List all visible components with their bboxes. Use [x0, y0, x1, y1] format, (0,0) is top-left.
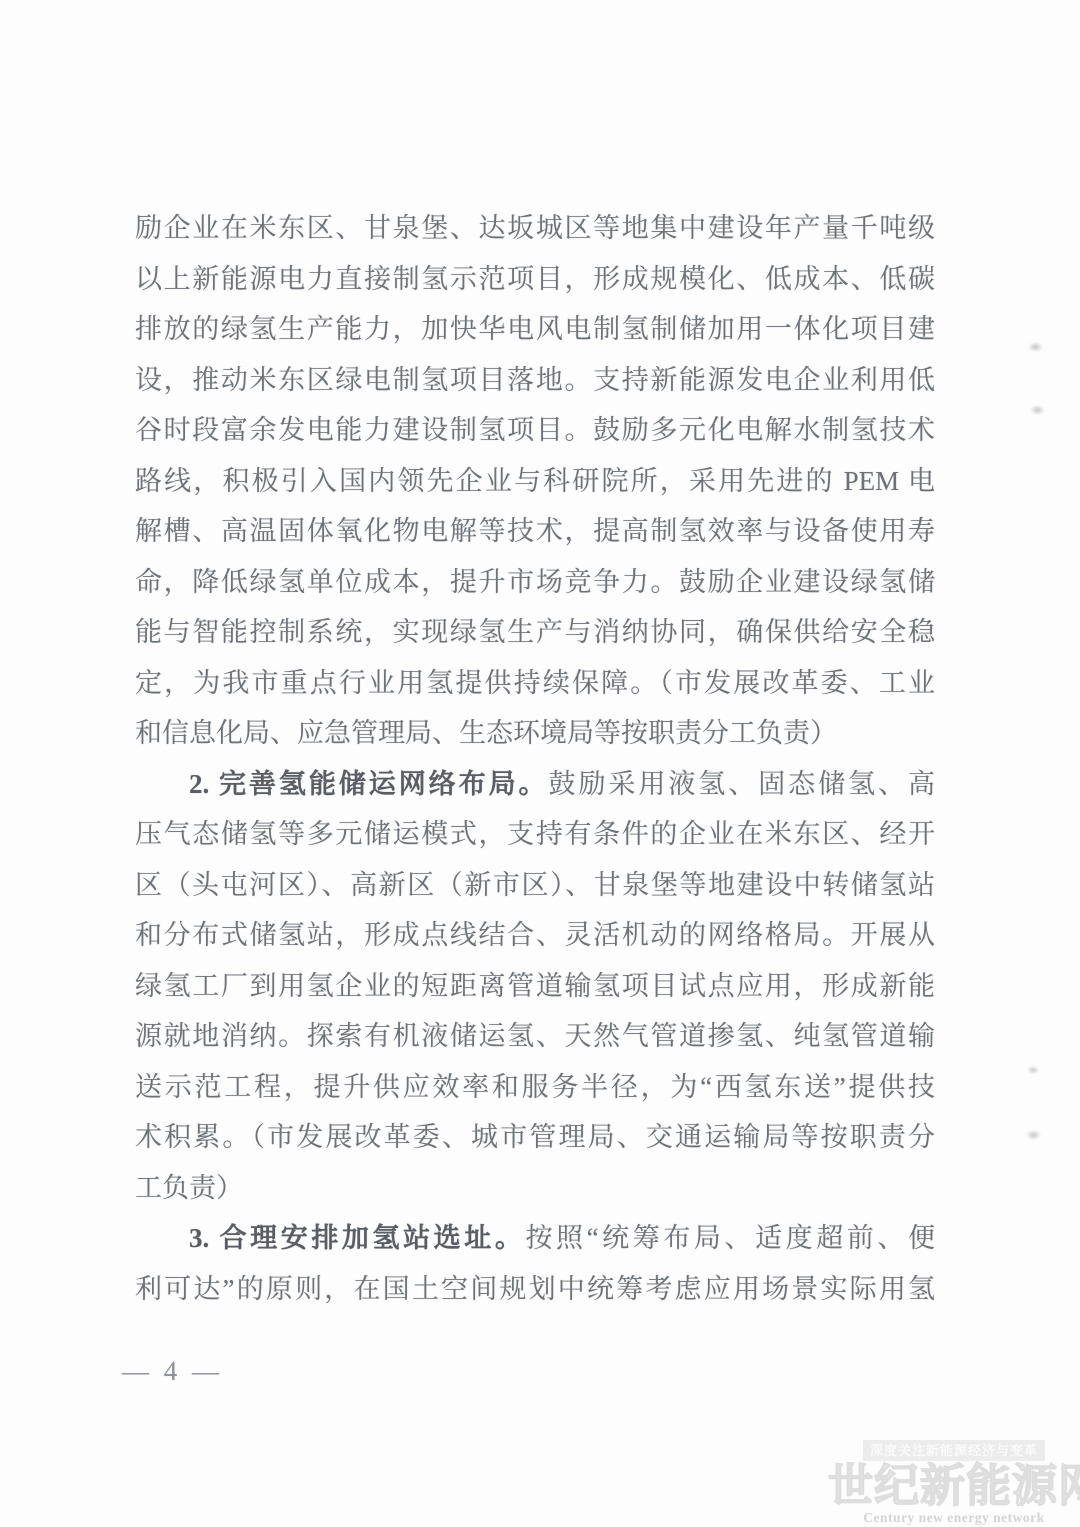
watermark-slogan: 深度关注新能源经济与变革	[863, 1440, 1045, 1461]
text-run: 能与智能控制系统，实现绿氢生产与消纳协同，确保供给安全稳	[135, 617, 935, 647]
scan-smudge	[1030, 405, 1045, 415]
scan-smudge	[1026, 1130, 1041, 1140]
text-run: 利可达”的原则，在国土空间规划中统筹考虑应用场景实际用氢	[135, 1274, 935, 1304]
text-line: 压气态储氢等多元储运模式，支持有条件的企业在米东区、经开	[135, 809, 935, 860]
text-line: 利可达”的原则，在国土空间规划中统筹考虑应用场景实际用氢	[135, 1264, 935, 1315]
scan-smudge	[1027, 1066, 1039, 1074]
text-run: 术积累。（市发展改革委、城市管理局、交通运输局等按职责分	[135, 1122, 935, 1152]
text-line: 定，为我市重点行业用氢提供持续保障。（市发展改革委、工业	[135, 658, 935, 709]
text-run: 设，推动米东区绿电制氢项目落地。支持新能源发电企业利用低	[135, 365, 935, 395]
text-run: 绿氢工厂到用氢企业的短距离管道输氢项目试点应用，形成新能	[135, 971, 935, 1001]
watermark-subtitle: Century new energy network	[828, 1510, 1080, 1525]
text-line: 3. 合理安排加氢站选址。按照“统筹布局、适度超前、便	[135, 1213, 935, 1264]
text-line: 励企业在米东区、甘泉堡、达坂城区等地集中建设年产量千吨级	[135, 203, 935, 254]
heading-run: 2. 完善氢能储运网络布局。	[189, 769, 549, 799]
text-line: 以上新能源电力直接制氢示范项目，形成规模化、低成本、低碳	[135, 254, 935, 305]
watermark: 深度关注新能源经济与变革 世纪新能源网 Century new energy n…	[828, 1440, 1080, 1525]
text-run: 压气态储氢等多元储运模式，支持有条件的企业在米东区、经开	[135, 819, 935, 849]
text-run: 定，为我市重点行业用氢提供持续保障。（市发展改革委、工业	[135, 668, 935, 698]
text-line: 能与智能控制系统，实现绿氢生产与消纳协同，确保供给安全稳	[135, 607, 935, 658]
heading-run: 3. 合理安排加氢站选址。	[189, 1223, 525, 1253]
scan-smudge	[1028, 342, 1043, 352]
text-run: 解槽、高温固体氧化物电解等技术，提高制氢效率与设备使用寿	[135, 516, 935, 546]
text-run: 和分布式储氢站，形成点线结合、灵活机动的网络格局。开展从	[135, 920, 935, 950]
text-run: 排放的绿氢生产能力，加快华电风电制氢制储加用一体化项目建	[135, 314, 935, 344]
text-run: 和信息化局、应急管理局、生态环境局等按职责分工负责）	[135, 718, 837, 748]
watermark-brand: 世纪新能源网	[828, 1462, 1080, 1510]
text-line: 术积累。（市发展改革委、城市管理局、交通运输局等按职责分	[135, 1112, 935, 1163]
text-line: 排放的绿氢生产能力，加快华电风电制氢制储加用一体化项目建	[135, 304, 935, 355]
text-run: 励企业在米东区、甘泉堡、达坂城区等地集中建设年产量千吨级	[135, 213, 935, 243]
text-run: 送示范工程，提升供应效率和服务半径，为“西氢东送”提供技	[135, 1072, 935, 1102]
text-run: 鼓励采用液氢、固态储氢、高	[549, 769, 936, 799]
text-line: 工负责）	[135, 1163, 935, 1214]
text-run: 按照“统筹布局、适度超前、便	[525, 1223, 935, 1253]
document-page: 励企业在米东区、甘泉堡、达坂城区等地集中建设年产量千吨级以上新能源电力直接制氢示…	[0, 0, 1080, 1527]
text-run: 以上新能源电力直接制氢示范项目，形成规模化、低成本、低碳	[135, 264, 935, 294]
text-run: 源就地消纳。探索有机液储运氢、天然气管道掺氢、纯氢管道输	[135, 1021, 935, 1051]
text-line: 谷时段富余发电能力建设制氢项目。鼓励多元化电解水制氢技术	[135, 405, 935, 456]
text-line: 2. 完善氢能储运网络布局。鼓励采用液氢、固态储氢、高	[135, 759, 935, 810]
body-text: 励企业在米东区、甘泉堡、达坂城区等地集中建设年产量千吨级以上新能源电力直接制氢示…	[135, 203, 935, 1314]
text-run: 路线，积极引入国内领先企业与科研院所，采用先进的 PEM 电	[135, 466, 935, 496]
text-run: 谷时段富余发电能力建设制氢项目。鼓励多元化电解水制氢技术	[135, 415, 935, 445]
text-line: 解槽、高温固体氧化物电解等技术，提高制氢效率与设备使用寿	[135, 506, 935, 557]
text-line: 和分布式储氢站，形成点线结合、灵活机动的网络格局。开展从	[135, 910, 935, 961]
text-run: 工负责）	[135, 1173, 243, 1203]
text-line: 路线，积极引入国内领先企业与科研院所，采用先进的 PEM 电	[135, 456, 935, 507]
text-line: 绿氢工厂到用氢企业的短距离管道输氢项目试点应用，形成新能	[135, 961, 935, 1012]
text-line: 和信息化局、应急管理局、生态环境局等按职责分工负责）	[135, 708, 935, 759]
page-number: — 4 —	[122, 1356, 223, 1387]
text-line: 送示范工程，提升供应效率和服务半径，为“西氢东送”提供技	[135, 1062, 935, 1113]
text-line: 区（头屯河区）、高新区（新市区）、甘泉堡等地建设中转储氢站	[135, 860, 935, 911]
text-line: 设，推动米东区绿电制氢项目落地。支持新能源发电企业利用低	[135, 355, 935, 406]
text-line: 命，降低绿氢单位成本，提升市场竞争力。鼓励企业建设绿氢储	[135, 557, 935, 608]
text-run: 区（头屯河区）、高新区（新市区）、甘泉堡等地建设中转储氢站	[135, 870, 935, 900]
text-run: 命，降低绿氢单位成本，提升市场竞争力。鼓励企业建设绿氢储	[135, 567, 935, 597]
text-line: 源就地消纳。探索有机液储运氢、天然气管道掺氢、纯氢管道输	[135, 1011, 935, 1062]
